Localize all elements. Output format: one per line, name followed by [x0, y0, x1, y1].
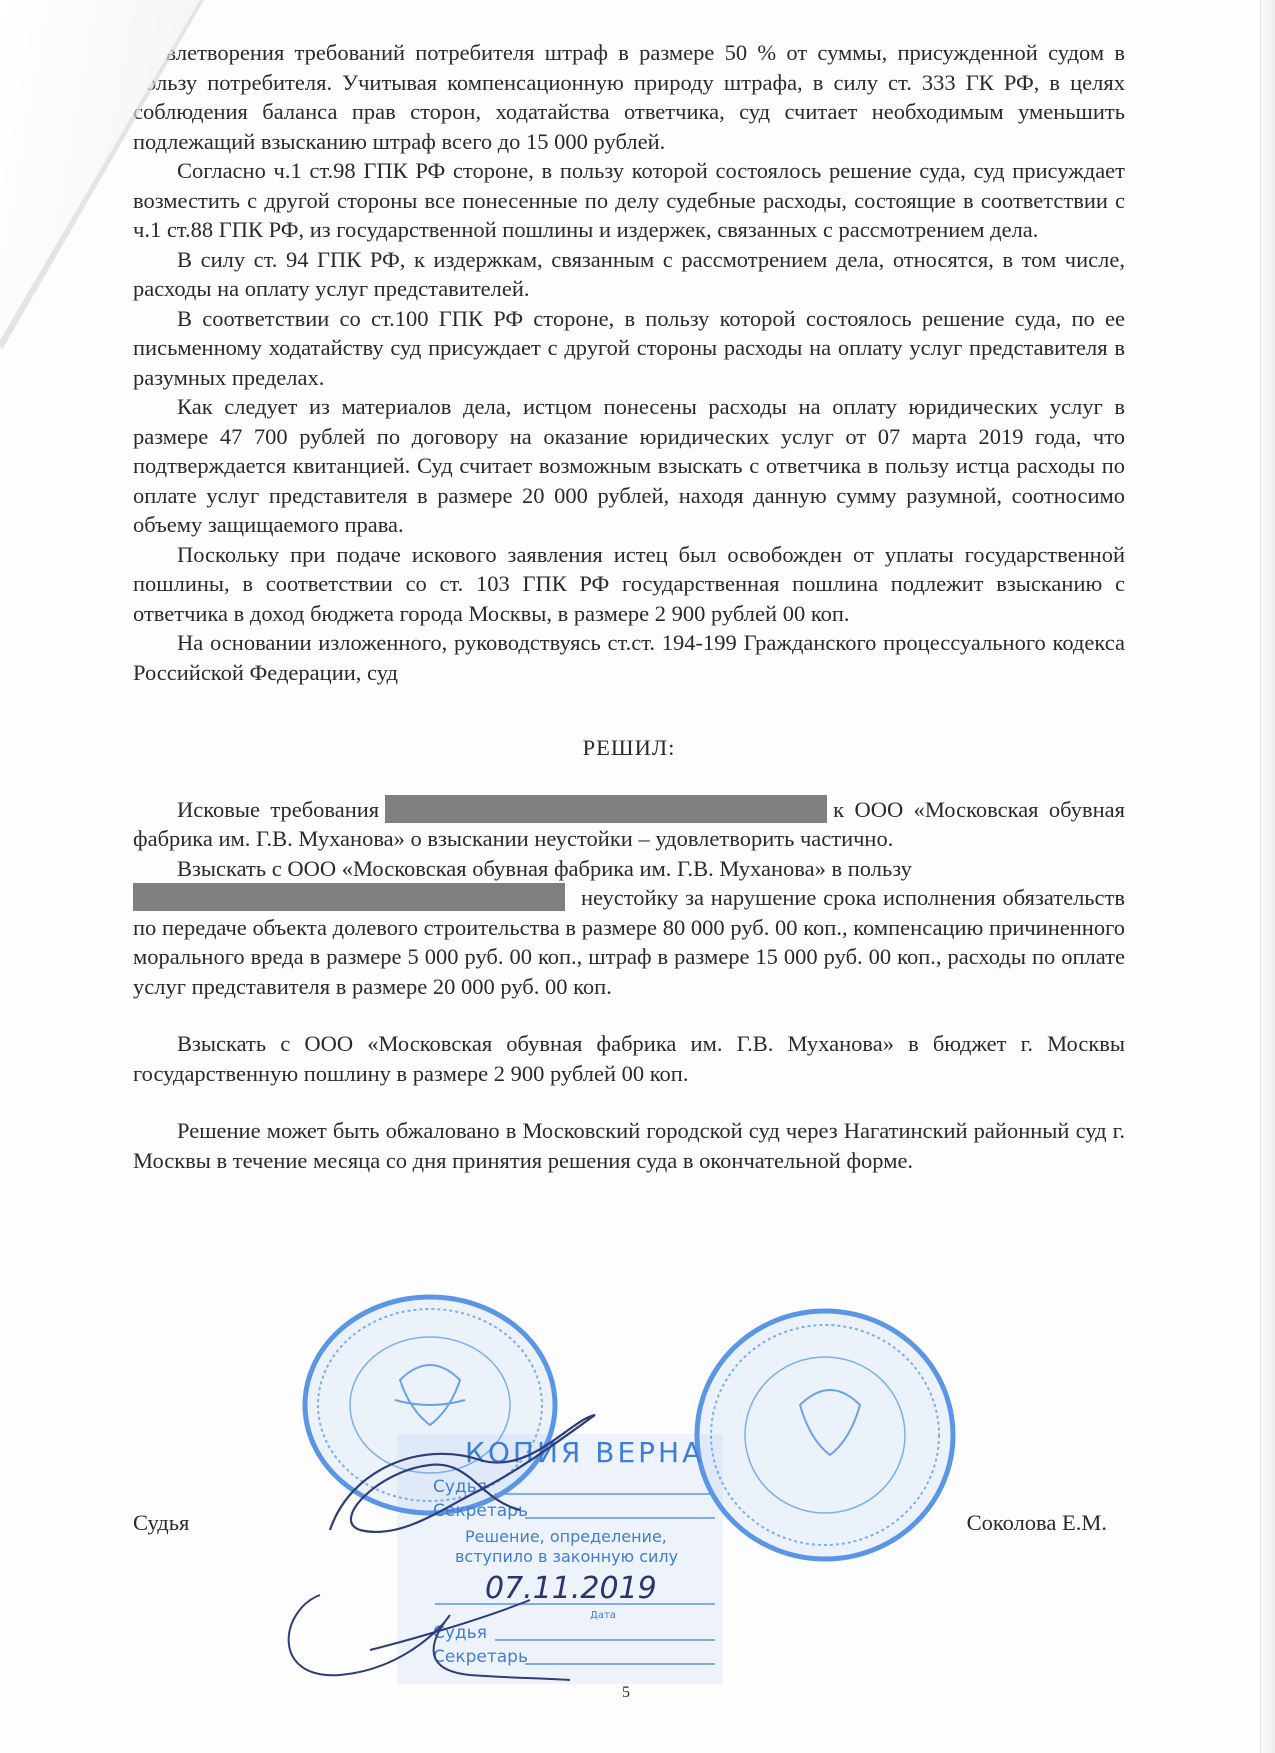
svg-text:07.11.2019: 07.11.2019	[485, 1571, 657, 1606]
svg-text:Судья: Судья	[433, 1623, 487, 1643]
paragraph-art94: В силу ст. 94 ГПК РФ, к издержкам, связа…	[133, 245, 1125, 304]
ruling-heading: РЕШИЛ:	[133, 733, 1125, 763]
svg-text:вступило в законную силу: вступило в законную силу	[455, 1547, 678, 1566]
ruling-recovery-start: Взыскать с ООО «Московская обувная фабри…	[177, 856, 912, 881]
paragraph-legal-costs: Как следует из материалов дела, истцом п…	[133, 392, 1125, 540]
spacer	[133, 1088, 1125, 1116]
svg-text:Секретарь: Секретарь	[433, 1647, 528, 1667]
svg-text:Судья: Судья	[433, 1477, 487, 1497]
paragraph-state-duty: Поскольку при подаче искового заявления …	[133, 540, 1125, 629]
redacted-plaintiff-name	[385, 795, 827, 823]
document-page: удовлетворения требований потребителя шт…	[0, 0, 1275, 1753]
ruling-claims: Исковые требованияк ООО «Московская обув…	[133, 795, 1125, 854]
copy-certified-stamp-icon: КОПИЯ ВЕРНА Судья Секретарь Решение, опр…	[395, 1432, 725, 1687]
round-seal-right-icon	[690, 1305, 960, 1565]
ruling-appeal: Решение может быть обжаловано в Московск…	[133, 1116, 1125, 1175]
redacted-plaintiff-name-2	[133, 883, 565, 911]
handwritten-signature-icon	[320, 1380, 620, 1550]
paragraph-art100: В соответствии со ст.100 ГПК РФ стороне,…	[133, 304, 1125, 393]
ruling-claims-start: Исковые требования	[177, 797, 379, 822]
spacer	[133, 1001, 1125, 1029]
ruling-state-duty: Взыскать с ООО «Московская обувная фабри…	[133, 1029, 1125, 1088]
paragraph-art98: Согласно ч.1 ст.98 ГПК РФ стороне, в пол…	[133, 156, 1125, 245]
page-number: 5	[622, 1684, 630, 1702]
svg-text:Секретарь: Секретарь	[433, 1501, 528, 1521]
svg-text:Решение, определение,: Решение, определение,	[465, 1527, 667, 1546]
paragraph-continuation: удовлетворения требований потребителя шт…	[133, 38, 1125, 156]
round-seal-left-icon	[300, 1290, 560, 1520]
judge-name: Соколова Е.М.	[967, 1510, 1107, 1536]
ruling-recovery: Взыскать с ООО «Московская обувная фабри…	[133, 854, 1125, 1002]
svg-text:Дата: Дата	[590, 1610, 616, 1621]
handwritten-signature-2-icon	[280, 1580, 620, 1700]
judge-label: Судья	[133, 1510, 189, 1536]
paragraph-grounds: На основании изложенного, руководствуясь…	[133, 628, 1125, 687]
svg-text:КОПИЯ ВЕРНА: КОПИЯ ВЕРНА	[465, 1436, 704, 1469]
document-body: удовлетворения требований потребителя шт…	[133, 38, 1125, 1175]
page-edge	[1260, 0, 1275, 1753]
